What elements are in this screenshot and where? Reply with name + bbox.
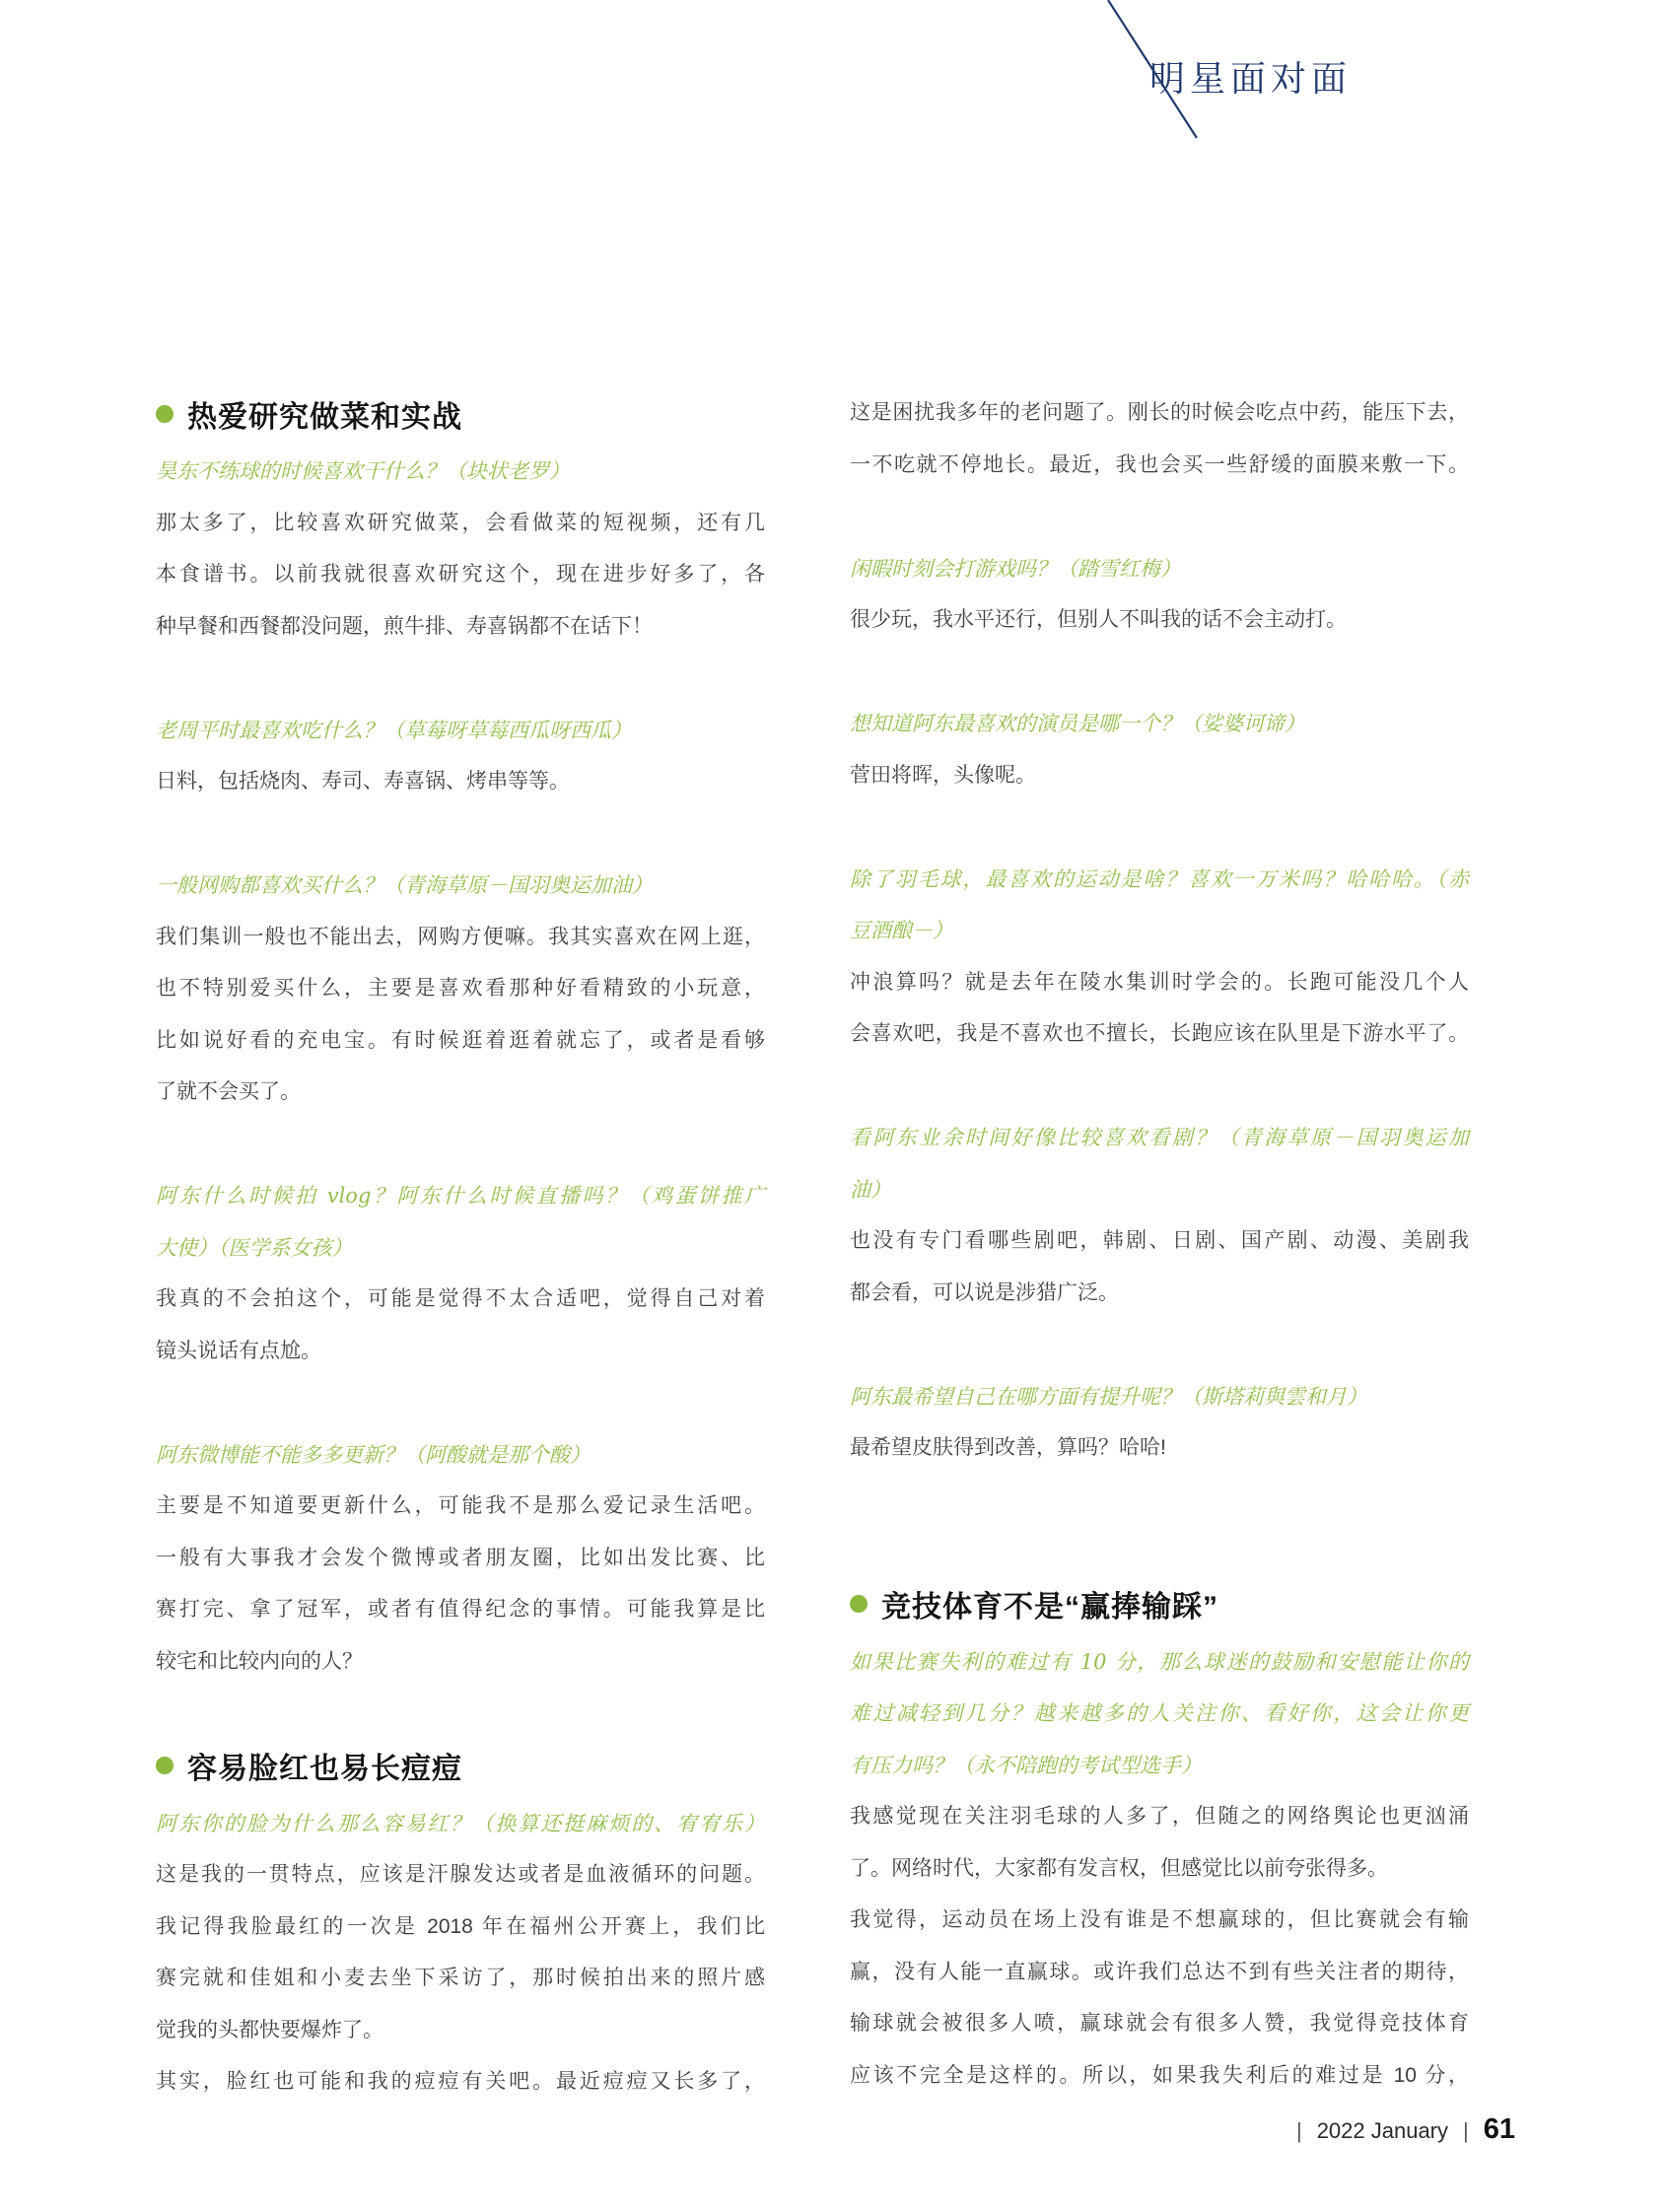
question-line: 一般网购都喜欢买什么？（青海草原－国羽奥运加油） [156,860,765,912]
answer-line: 这是困扰我多年的老问题了。刚长的时候会吃点中药，能压下去， [850,387,1469,440]
answer-line: 较宅和比较内向的人？ [156,1636,765,1689]
section-title: 热爱研究做菜和实战 [187,392,462,436]
question-line: 闲暇时刻会打游戏吗？（踏雪红梅） [850,543,1469,595]
answer-block: 最希望皮肤得到改善，算吗？哈哈! [850,1422,1469,1475]
answer-line: 一不吃就不停地长。最近，我也会买一些舒缓的面膜来敷一下。 [850,440,1469,492]
question-line: 老周平时最喜欢吃什么？（草莓呀草莓西瓜呀西瓜） [156,705,765,757]
answer-block: 我真的不会拍这个，可能是觉得不太合适吧，觉得自己对着镜头说话有点尬。 [156,1274,765,1377]
question-block: 如果比赛失利的难过有 10 分，那么球迷的鼓励和安慰能让你的难过减轻到几分？越来… [850,1636,1469,1792]
answer-block: 菅田将晖，头像呢。 [850,750,1469,802]
answer-block: 这是困扰我多年的老问题了。刚长的时候会吃点中药，能压下去，一不吃就不停地长。最近… [850,387,1469,491]
answer-block: 主要是不知道要更新什么，可能我不是那么爱记录生活吧。一般有大事我才会发个微博或者… [156,1481,765,1688]
question-line: 昊东不练球的时候喜欢干什么？（块状老罗） [156,446,765,498]
answer-line: 赢，没有人能一直赢球。或许我们总达不到有些关注者的期待， [850,1947,1469,1999]
question-line: 有压力吗？（永不陪跑的考试型选手） [850,1740,1469,1792]
question-block: 闲暇时刻会打游戏吗？（踏雪红梅） [850,543,1469,595]
section-title: 容易脸红也易长痘痘 [187,1744,462,1787]
footer-divider: | [1463,2118,1469,2144]
answer-line: 我们集训一般也不能出去，网购方便嘛。我其实喜欢在网上逛， [156,912,765,964]
answer-line: 比如说好看的充电宝。有时候逛着逛着就忘了，或者是看够 [156,1015,765,1068]
question-line: 难过减轻到几分？越来越多的人关注你、看好你，这会让你更 [850,1688,1469,1740]
page-title: 明星面对面 [1149,51,1352,102]
answer-line: 日料，包括烧肉、寿司、寿喜锅、烤串等等。 [156,756,765,808]
answer-line: 也没有专门看哪些剧吧，韩剧、日剧、国产剧、动漫、美剧我 [850,1215,1469,1268]
question-line: 如果比赛失利的难过有 10 分，那么球迷的鼓励和安慰能让你的 [850,1636,1469,1689]
answer-block: 这是我的一贯特点，应该是汗腺发达或者是血液循环的问题。我记得我脸最红的一次是 2… [156,1849,765,2108]
answer-line: 一般有大事我才会发个微博或者朋友圈，比如出发比赛、比 [156,1533,765,1585]
answer-line: 其实，脸红也可能和我的痘痘有关吧。最近痘痘又长多了， [156,2056,765,2108]
answer-line: 菅田将晖，头像呢。 [850,750,1469,802]
page-footer: | 2022 January | 61 [1296,2113,1515,2146]
question-line: 豆酒酿－） [850,905,1469,957]
question-block: 一般网购都喜欢买什么？（青海草原－国羽奥运加油） [156,860,765,912]
right-column: 这是困扰我多年的老问题了。刚长的时候会吃点中药，能压下去，一不吃就不停地长。最近… [850,387,1469,2102]
question-block: 阿东最希望自己在哪方面有提升呢？（斯塔莉與雲和月） [850,1371,1469,1423]
answer-line: 镜头说话有点尬。 [156,1326,765,1378]
question-line: 阿东微博能不能多多更新？（阿酸就是那个酸） [156,1429,765,1482]
question-line: 大使）（医学系女孩） [156,1222,765,1275]
answer-line: 我记得我脸最红的一次是 2018 年在福州公开赛上，我们比 [156,1901,765,1954]
question-block: 想知道阿东最喜欢的演员是哪一个？（娑婆诃谛） [850,698,1469,750]
answer-line: 我感觉现在关注羽毛球的人多了，但随之的网络舆论也更汹涌 [850,1791,1469,1843]
left-column: 热爱研究做菜和实战昊东不练球的时候喜欢干什么？（块状老罗）那太多了，比较喜欢研究… [156,387,765,2108]
question-line: 想知道阿东最喜欢的演员是哪一个？（娑婆诃谛） [850,698,1469,750]
magazine-page: 明星面对面 热爱研究做菜和实战昊东不练球的时候喜欢干什么？（块状老罗）那太多了，… [0,0,1669,2212]
section-bullet-icon [850,1595,868,1613]
question-line: 看阿东业余时间好像比较喜欢看剧？（青海草原－国羽奥运加 [850,1112,1469,1164]
answer-line: 本食谱书。以前我就很喜欢研究这个，现在进步好多了，各 [156,549,765,601]
question-line: 除了羽毛球，最喜欢的运动是啥？喜欢一万米吗？哈哈哈。（赤 [850,854,1469,906]
question-block: 阿东你的脸为什么那么容易红？（换算还挺麻烦的、宥宥乐） [156,1798,765,1850]
answer-block: 也没有专门看哪些剧吧，韩剧、日剧、国产剧、动漫、美剧我都会看，可以说是涉猎广泛。 [850,1215,1469,1319]
footer-divider: | [1296,2118,1302,2144]
question-line: 阿东最希望自己在哪方面有提升呢？（斯塔莉與雲和月） [850,1371,1469,1423]
question-line: 阿东什么时候拍 vlog？阿东什么时候直播吗？（鸡蛋饼推广 [156,1170,765,1222]
answer-line: 了。网络时代，大家都有发言权，但感觉比以前夸张得多。 [850,1843,1469,1896]
answer-line: 应该不完全是这样的。所以，如果我失利后的难过是 10 分， [850,2050,1469,2103]
question-block: 昊东不练球的时候喜欢干什么？（块状老罗） [156,446,765,498]
answer-line: 种早餐和西餐都没问题，煎牛排、寿喜锅都不在话下！ [156,601,765,654]
question-block: 除了羽毛球，最喜欢的运动是啥？喜欢一万米吗？哈哈哈。（赤豆酒酿－） [850,854,1469,957]
page-number: 61 [1484,2113,1515,2146]
answer-line: 这是我的一贯特点，应该是汗腺发达或者是血液循环的问题。 [156,1849,765,1901]
answer-line: 那太多了，比较喜欢研究做菜，会看做菜的短视频，还有几 [156,498,765,550]
answer-block: 我感觉现在关注羽毛球的人多了，但随之的网络舆论也更汹涌了。网络时代，大家都有发言… [850,1791,1469,2102]
section-title: 竞技体育不是“赢捧输踩” [881,1582,1218,1625]
answer-line: 也不特别爱买什么，主要是喜欢看那种好看精致的小玩意， [156,963,765,1015]
answer-line: 我真的不会拍这个，可能是觉得不太合适吧，觉得自己对着 [156,1274,765,1326]
answer-line: 输球就会被很多人喷，赢球就会有很多人赞，我觉得竞技体育 [850,1998,1469,2050]
answer-line: 冲浪算吗？就是去年在陵水集训时学会的。长跑可能没几个人 [850,957,1469,1009]
footer-date: 2022 January [1317,2118,1448,2144]
answer-line: 赛打完、拿了冠军，或者有值得纪念的事情。可能我算是比 [156,1584,765,1636]
answer-block: 我们集训一般也不能出去，网购方便嘛。我其实喜欢在网上逛，也不特别爱买什么，主要是… [156,912,765,1119]
answer-line: 很少玩，我水平还行，但别人不叫我的话不会主动打。 [850,594,1469,647]
section-heading: 容易脸红也易长痘痘 [156,1740,765,1792]
question-line: 油） [850,1164,1469,1216]
section-bullet-icon [156,1757,174,1774]
section-heading: 竞技体育不是“赢捧输踩” [850,1578,1469,1630]
section-bullet-icon [156,405,174,423]
question-block: 阿东什么时候拍 vlog？阿东什么时候直播吗？（鸡蛋饼推广大使）（医学系女孩） [156,1170,765,1274]
answer-block: 很少玩，我水平还行，但别人不叫我的话不会主动打。 [850,594,1469,647]
answer-line: 都会看，可以说是涉猎广泛。 [850,1268,1469,1320]
answer-block: 冲浪算吗？就是去年在陵水集训时学会的。长跑可能没几个人会喜欢吧，我是不喜欢也不擅… [850,957,1469,1061]
answer-line: 会喜欢吧，我是不喜欢也不擅长，长跑应该在队里是下游水平了。 [850,1008,1469,1061]
answer-line: 赛完就和佳姐和小麦去坐下采访了，那时候拍出来的照片感 [156,1953,765,2005]
question-block: 老周平时最喜欢吃什么？（草莓呀草莓西瓜呀西瓜） [156,705,765,757]
answer-line: 觉我的头都快要爆炸了。 [156,2005,765,2057]
answer-block: 日料，包括烧肉、寿司、寿喜锅、烤串等等。 [156,756,765,808]
question-block: 阿东微博能不能多多更新？（阿酸就是那个酸） [156,1429,765,1482]
answer-block: 那太多了，比较喜欢研究做菜，会看做菜的短视频，还有几本食谱书。以前我就很喜欢研究… [156,498,765,654]
answer-line: 我觉得，运动员在场上没有谁是不想赢球的，但比赛就会有输 [850,1895,1469,1947]
answer-line: 最希望皮肤得到改善，算吗？哈哈! [850,1422,1469,1475]
question-line: 阿东你的脸为什么那么容易红？（换算还挺麻烦的、宥宥乐） [156,1798,765,1850]
section-heading: 热爱研究做菜和实战 [156,387,765,440]
answer-line: 主要是不知道要更新什么，可能我不是那么爱记录生活吧。 [156,1481,765,1533]
question-block: 看阿东业余时间好像比较喜欢看剧？（青海草原－国羽奥运加油） [850,1112,1469,1215]
answer-line: 了就不会买了。 [156,1067,765,1119]
